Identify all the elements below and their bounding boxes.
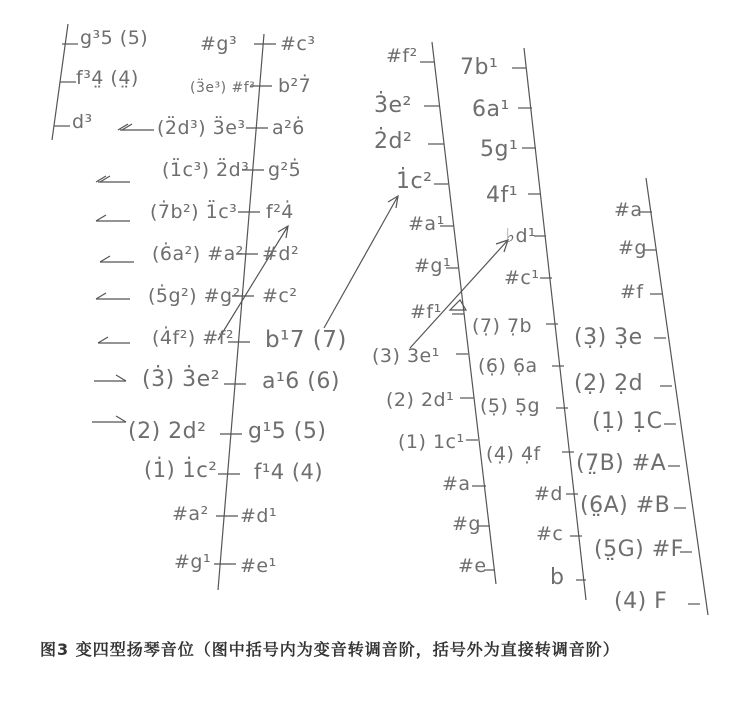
- note-label: (4̣) 4̣f: [486, 444, 541, 464]
- note-label: (5̇g²) #g²: [148, 286, 241, 306]
- note-label: (1̣) 1̣C: [592, 412, 663, 432]
- note-label: 5g¹: [480, 140, 518, 160]
- note-label: (7̇b²) 1̈c³: [150, 202, 237, 222]
- note-label: 3̇e²: [374, 96, 412, 116]
- note-label: (2̈d³) 3̈e³: [157, 118, 246, 138]
- note-label: a²6̇: [272, 118, 305, 138]
- note-label: #d²: [262, 244, 299, 264]
- note-label: (1) 1c¹: [398, 432, 465, 452]
- note-label: (5̤G) #F: [594, 540, 684, 560]
- note-label: #g: [618, 238, 647, 258]
- note-label: g³5 (5): [80, 28, 148, 48]
- note-label: b²7̇: [278, 76, 311, 96]
- note-label: (3̣) 3̣e: [574, 328, 643, 348]
- note-label: (6̤A) #B: [580, 496, 670, 516]
- note-label: 1̇c²: [396, 172, 432, 192]
- note-label: d³: [72, 112, 93, 132]
- transfer-arrows: [218, 196, 508, 348]
- note-label: #c¹: [504, 268, 539, 288]
- note-label: 4f¹: [486, 186, 518, 206]
- note-label: f¹4 (4): [254, 462, 323, 482]
- note-label: #g¹: [414, 256, 451, 276]
- note-label: #d¹: [240, 506, 277, 526]
- note-label: (6̇a²) #a²: [152, 244, 244, 264]
- note-label: (7̣) 7̣b: [472, 316, 532, 336]
- note-label: #g: [452, 514, 481, 534]
- figure-caption: 图3 变四型扬琴音位（图中括号内为变音转调音阶，括号外为直接转调音阶）: [40, 636, 720, 664]
- note-label: #a: [442, 474, 471, 494]
- note-label: ♭d¹: [506, 226, 536, 246]
- note-label: (7̤B) #A: [576, 454, 666, 474]
- note-label: 6a¹: [472, 100, 510, 120]
- note-label: g²5̇: [268, 160, 301, 180]
- note-label: #f²: [386, 46, 418, 66]
- note-label: #e: [458, 556, 487, 576]
- note-label: (3̇) 3̇e²: [142, 370, 220, 390]
- note-label: (5̣) 5̣g: [480, 396, 540, 416]
- note-label: #f: [620, 282, 644, 302]
- note-label: (4̇f²) #f²: [152, 328, 234, 348]
- note-label: #c²: [262, 286, 297, 306]
- note-label: (1̇) 1̇c²: [144, 460, 217, 480]
- bridge-lines: [0, 0, 736, 630]
- note-label: (2) 2d¹: [386, 390, 454, 410]
- yangqin-diagram: g³5 (5) f³4̤ (4̤) d³ #g³ #c³ (3̈e³) #f³ …: [0, 0, 736, 714]
- note-label: f²4̇: [266, 202, 294, 222]
- note-label: #g¹: [174, 552, 211, 572]
- note-label: #f¹: [410, 302, 442, 322]
- note-label: b¹7 (7): [265, 330, 347, 350]
- note-label: #a²: [172, 504, 209, 524]
- note-label: a¹6 (6): [262, 372, 340, 392]
- note-label: #a¹: [408, 214, 445, 234]
- note-label: b: [550, 568, 564, 588]
- note-label: (2̣) 2̣d: [574, 374, 643, 394]
- note-label: (3̈e³) #f³: [190, 78, 255, 98]
- note-label: (4) F: [614, 592, 667, 612]
- note-label: #d: [534, 484, 563, 504]
- note-label: (2) 2d²: [128, 422, 206, 442]
- note-label: 2̇d²: [374, 132, 412, 152]
- note-label: f³4̤ (4̤): [76, 68, 139, 88]
- note-label: #e¹: [240, 556, 277, 576]
- note-label: (6̣) 6̣a: [478, 356, 538, 376]
- note-label: #c: [536, 524, 563, 544]
- note-label: #a: [614, 200, 643, 220]
- note-label: (3) 3e¹: [372, 346, 440, 366]
- note-label: #c³: [280, 34, 315, 54]
- note-label: #g³: [200, 34, 237, 54]
- note-label: g¹5 (5): [248, 422, 326, 442]
- note-label: (1̈c³) 2̈d³: [162, 160, 249, 180]
- note-label: 7b¹: [460, 58, 498, 78]
